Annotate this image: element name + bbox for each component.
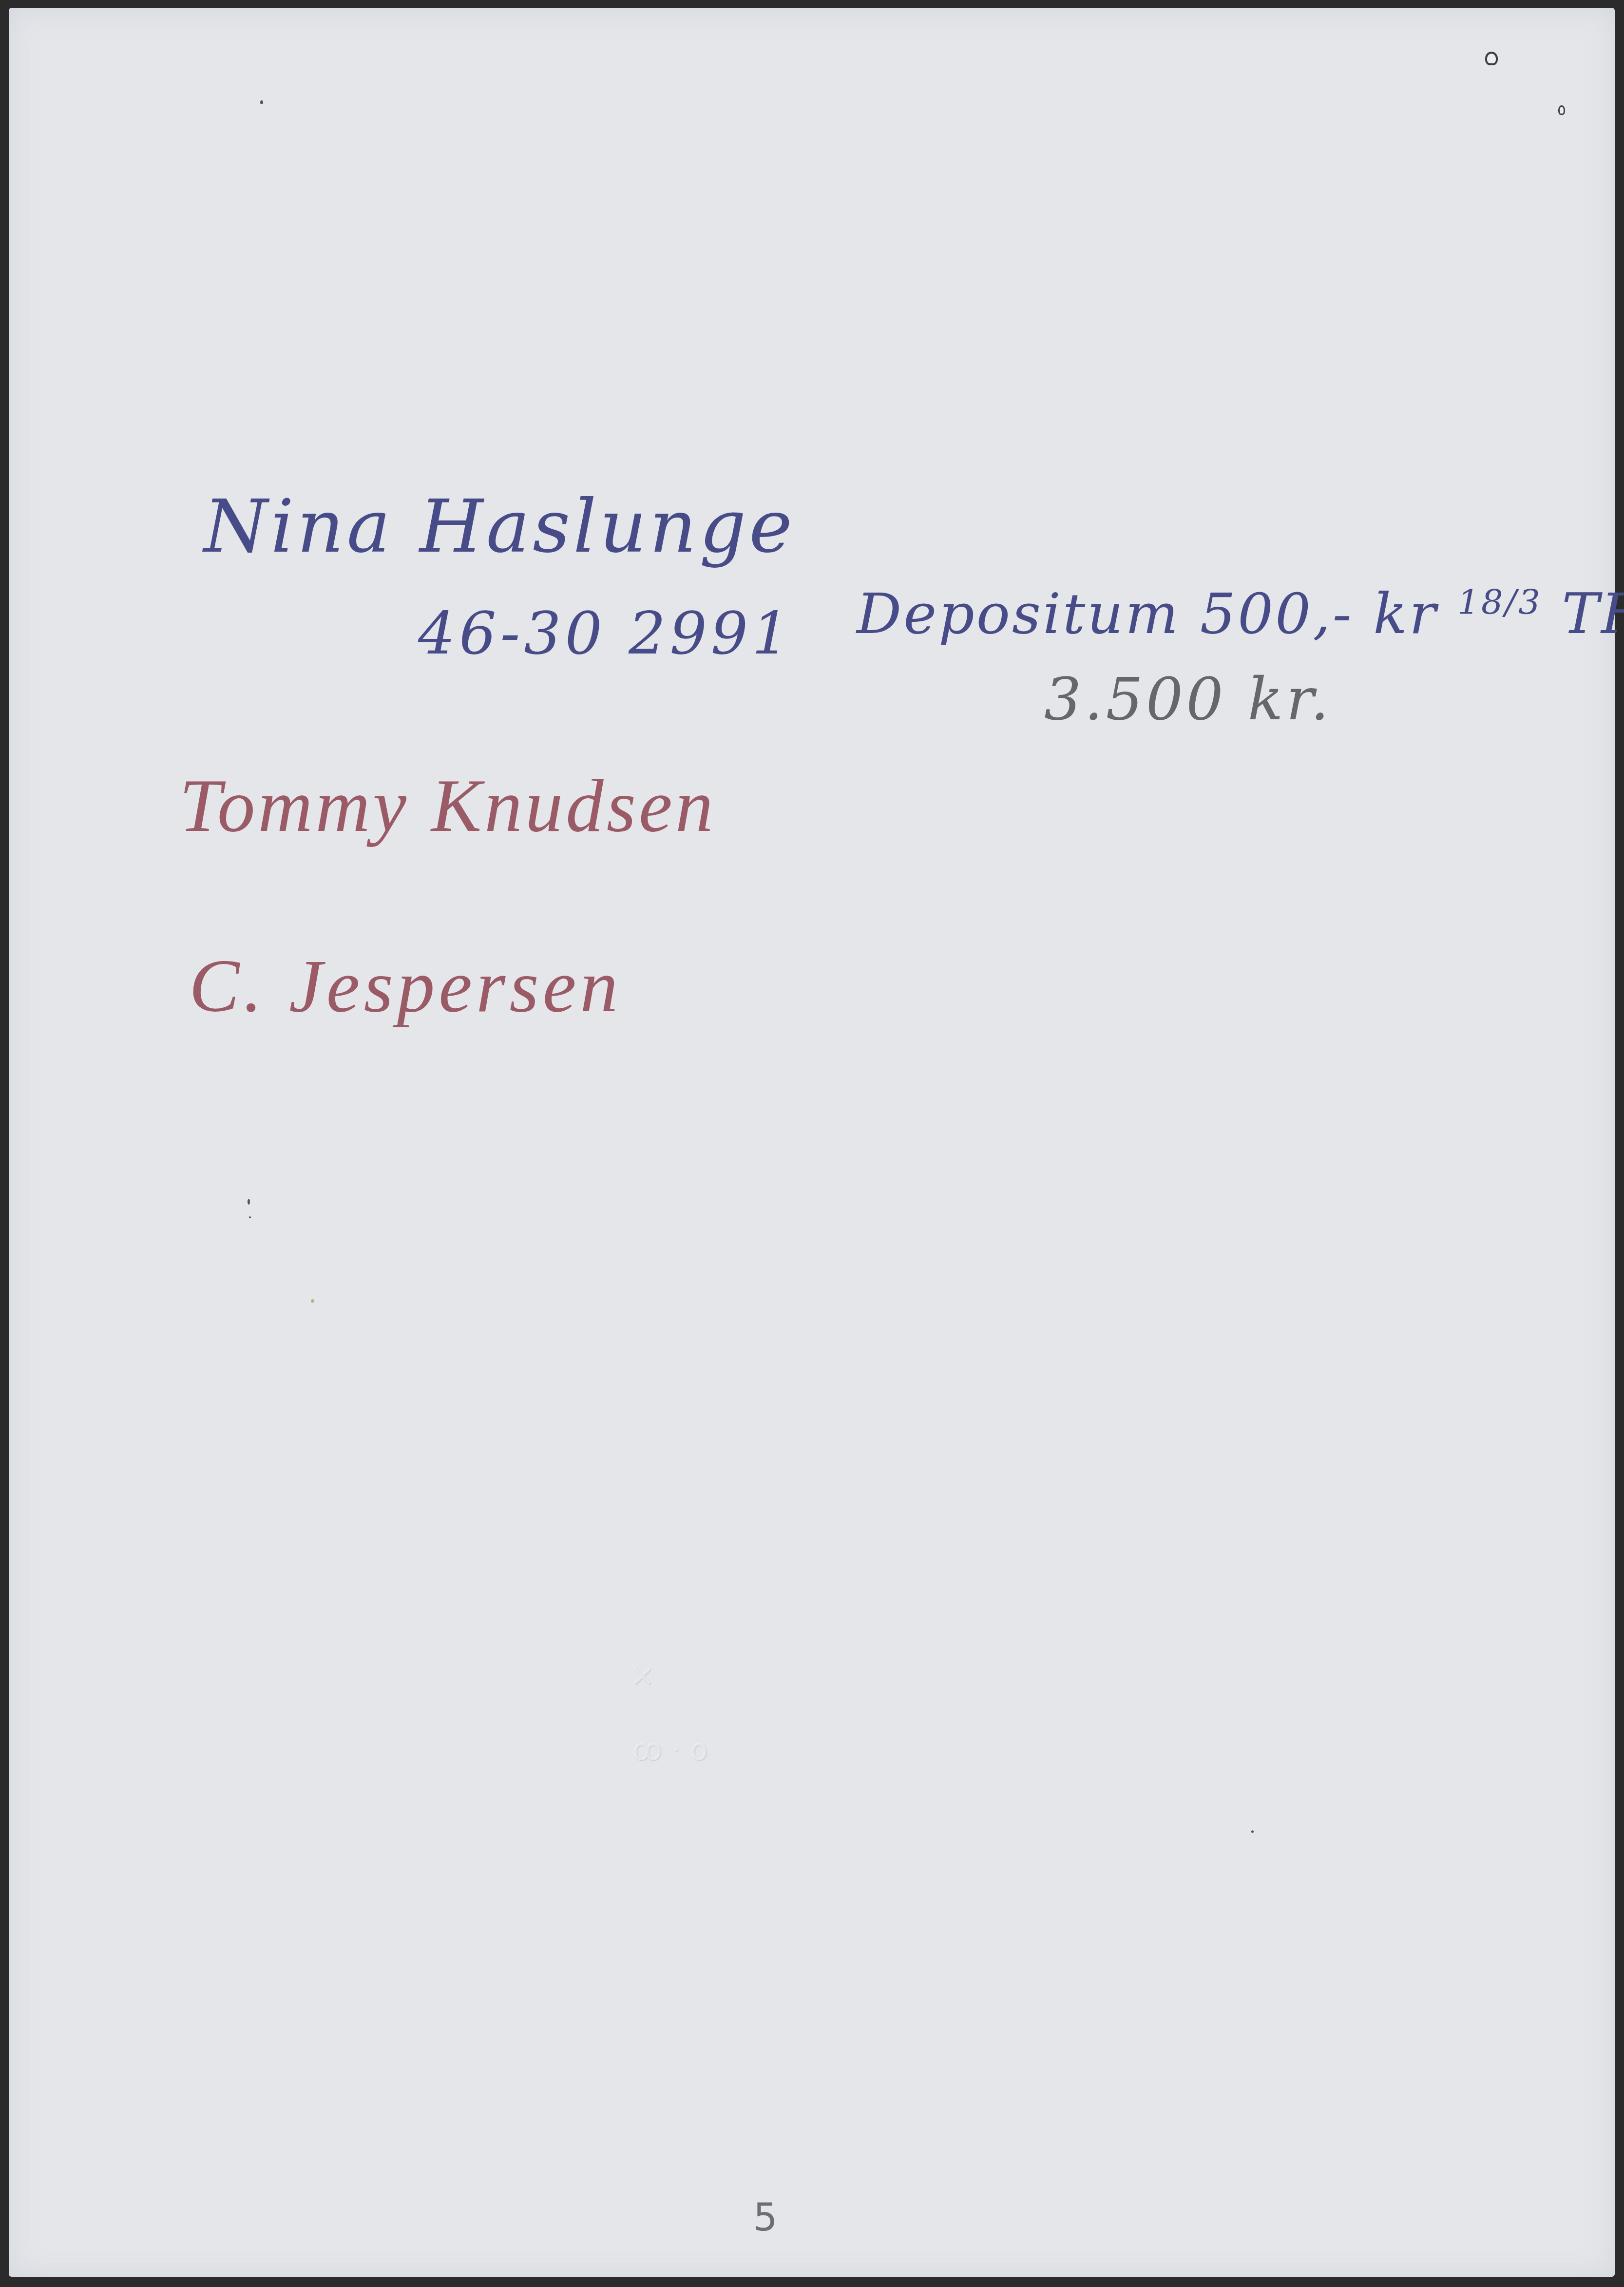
paper-sheet: ✕ ꝏ · o Nina Haslunge 46-30 2991 Deposit… [9,8,1615,2277]
handwritten-deposit-line: Depositum 500,- kr 18/3 TH [857,585,1624,642]
embossed-mark: ꝏ · o [632,1733,708,1767]
page-number: 5 [753,2196,778,2240]
paper-speck [1251,1830,1254,1833]
deposit-initials: TH [1562,581,1624,647]
paper-speck [260,100,263,104]
handwritten-balance: 3.500 kr. [1044,671,1332,729]
handwritten-name-1: Nina Haslunge [204,490,795,563]
staple-hole-icon [1485,52,1498,65]
scan-frame: ✕ ꝏ · o Nina Haslunge 46-30 2991 Deposit… [0,0,1624,2287]
paper-speck [248,1199,250,1205]
deposit-text: Depositum 500,- kr [857,581,1438,647]
embossed-mark: ✕ [630,1660,654,1694]
paper-speck [249,1216,251,1218]
deposit-date: 18/3 [1457,582,1542,622]
handwritten-name-3: C. Jespersen [189,948,622,1024]
paper-speck [311,1299,314,1303]
handwritten-name-2: Tommy Knudsen [179,768,716,844]
handwritten-phone-number: 46-30 2991 [418,605,793,663]
staple-hole-icon [1558,105,1565,115]
